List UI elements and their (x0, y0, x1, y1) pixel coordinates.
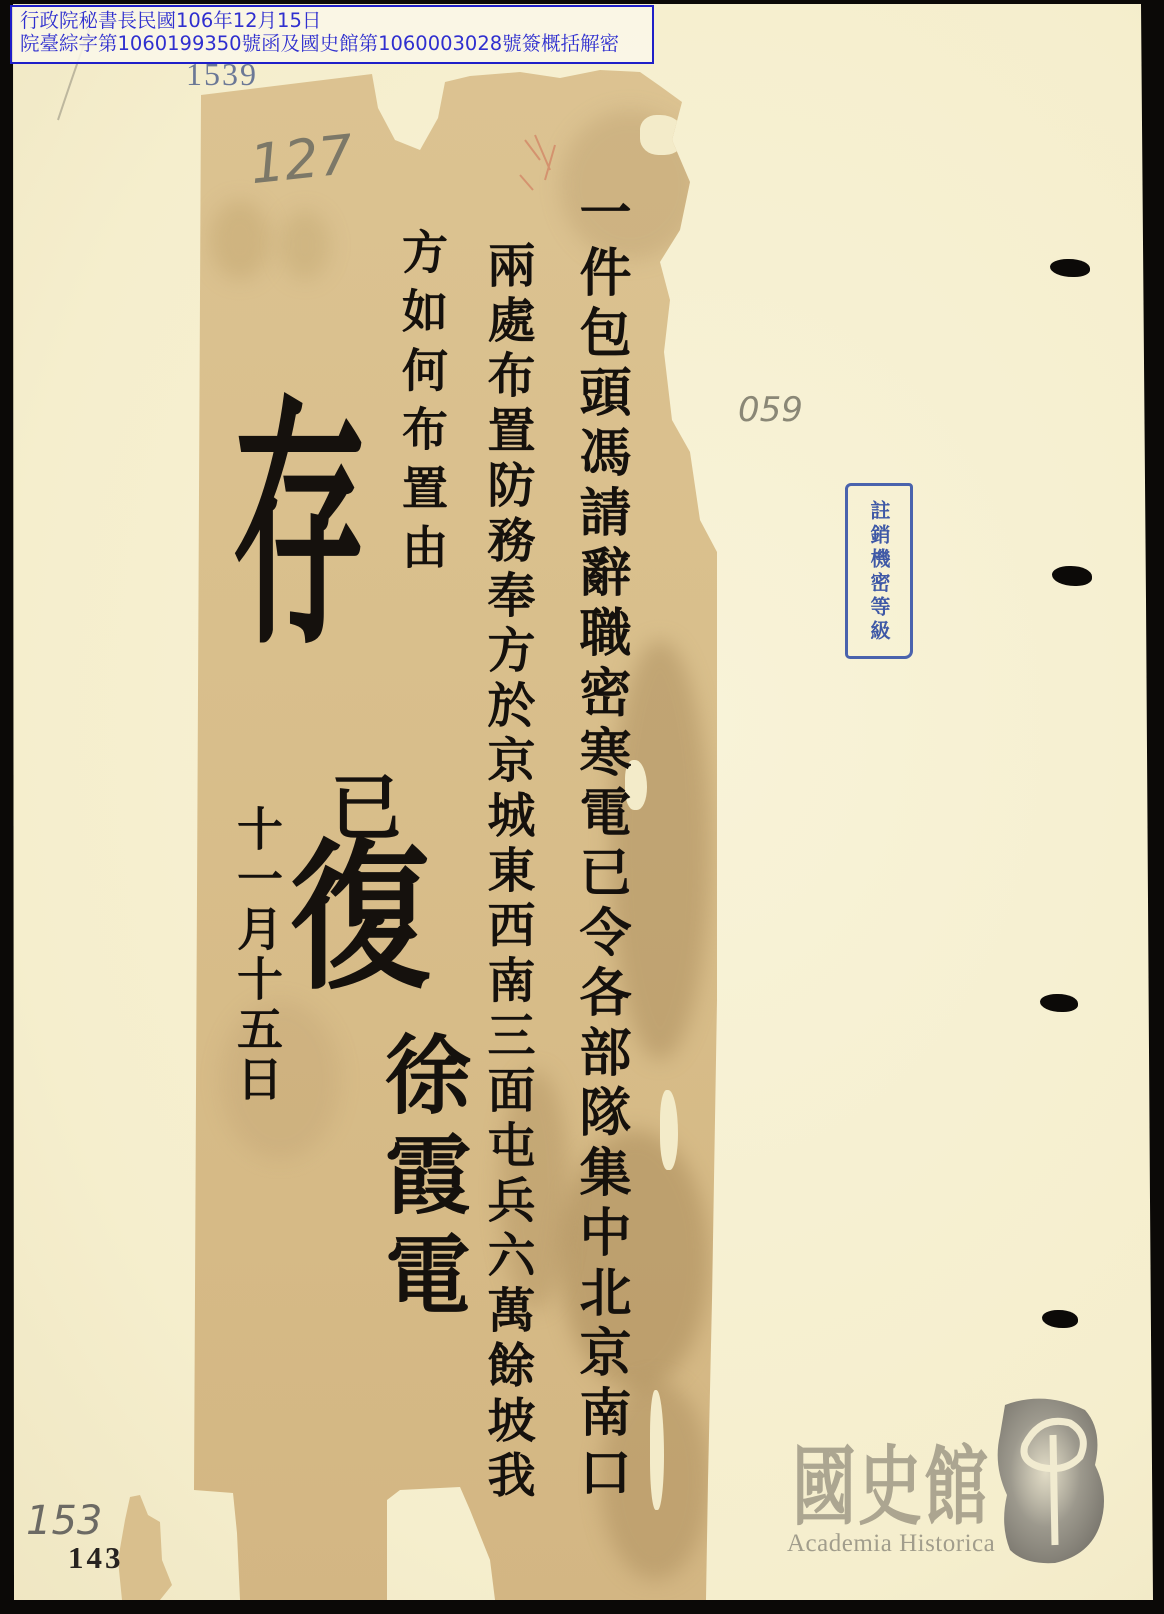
declassification-notice-line1: 行政院秘書長民國106年12月15日 (20, 9, 652, 32)
large-annotation-character: 存 (232, 390, 367, 663)
academia-historica-logo-icon (985, 1385, 1120, 1575)
reply-annotation-char-2: 復 (290, 838, 430, 999)
declassification-notice: 行政院秘書長民國106年12月15日 院臺綜字第1060199350號函及國史館… (10, 5, 654, 64)
declassification-notice-line2: 院臺綜字第1060199350號函及國史館第1060003028號簽概括解密 (20, 32, 652, 55)
pencil-number-bottom: 153 (26, 1498, 102, 1544)
telegram-text-column-3: 方如何布置由 (392, 228, 452, 582)
telegram-text-column-2: 兩處布置防務奉方於京城東西南三面屯兵六萬餘坡我 (472, 240, 542, 1505)
stamped-page-number-top: 1539 (186, 56, 258, 93)
declassification-stamp: 註銷機密等級 (845, 483, 913, 659)
sender-signature: 徐霞電 (375, 1030, 465, 1330)
stamp-text: 註銷機密等級 (862, 500, 896, 644)
watermark-english-name: Academia Historica (787, 1530, 995, 1558)
telegram-text-column-1: 一件包頭馮請辭職密寒電已令各部隊集中北京南口 (562, 185, 638, 1505)
stamped-page-number-bottom: 143 (68, 1540, 124, 1576)
pencil-number-right: 059 (738, 390, 803, 430)
watermark-chinese-name: 國史館 (792, 1418, 990, 1542)
pencil-number-strip: 127 (247, 123, 356, 196)
document-date: 十一月十五日 (212, 805, 302, 1105)
